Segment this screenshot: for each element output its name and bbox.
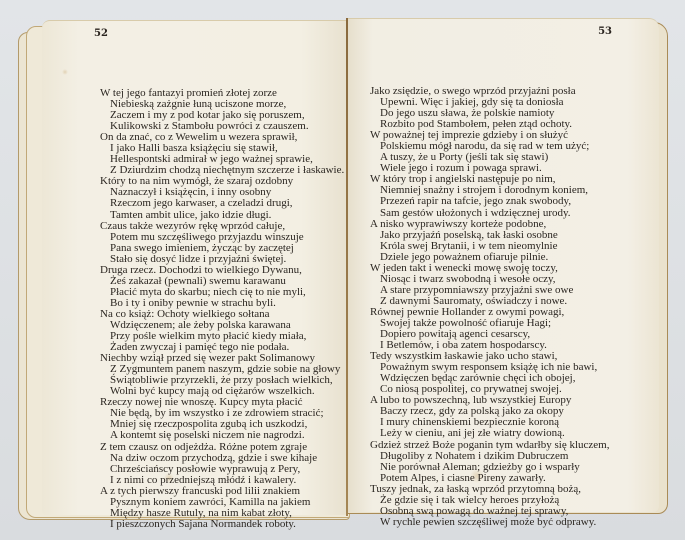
verse-line: Leży w cieniu, ani jej złe wiatry dowion… <box>370 428 609 439</box>
verse-line: Tamten ambit ulice, jako idzie długi. <box>100 210 344 221</box>
paper-stain <box>62 69 68 75</box>
photo-scene: 52 W tej jego fantazyi promień złotej zo… <box>0 0 685 540</box>
verse-line: Jako przyjaźń poselską, tak łaski osobne <box>370 230 609 241</box>
verse-line: A nisko wyprawiwszy korteże podobne, <box>370 219 609 230</box>
verse-line: Rzeczom jego karwaser, a czeladzi drugi, <box>100 198 344 209</box>
verse-line: W rychle pewien szczęśliwej może być odp… <box>370 517 609 528</box>
verse-line: Czaus także wezyrów rękę wprzód całuje, <box>100 221 344 232</box>
right-page: 53 Jako zsiędzie, o swego wprzód przyjaź… <box>348 18 659 512</box>
verse-line: Przezeń rapir na tafcie, jego znak swobo… <box>370 196 609 207</box>
verse-line: Na dziw oczom przychodzą, gdzie i swe ki… <box>100 453 344 464</box>
verse-line: Gdzież strzeż Boże poganin tym wdarłby s… <box>370 440 609 451</box>
verse-line: I pieszczonych Sajana Normandek roboty. <box>100 519 344 530</box>
left-page: 52 W tej jego fantazyi promień złotej zo… <box>42 20 347 515</box>
book-gutter <box>346 18 348 516</box>
verse-line: Z tem czausz on odjeżdża. Różne potem zg… <box>100 442 344 453</box>
verse-line: Potem mu szczęśliwego przyjazdu winszuje <box>100 232 344 243</box>
verse-line: A kontemt się poselski niczem nie nagrod… <box>100 430 344 441</box>
page-number-right: 53 <box>598 26 612 37</box>
verse-line: Nie porównał Aleman; gdzieżby go i wspar… <box>370 462 609 473</box>
page-number-left: 52 <box>94 28 108 39</box>
verse-line: Długoliby z Nohatem i dzikim Dubruczem <box>370 451 609 462</box>
left-page-text: W tej jego fantazyi promień złotej zorze… <box>100 88 344 530</box>
verse-line: Chrześciańscy posłowie wyprawują z Pery, <box>100 464 344 475</box>
verse-line: Sam gestów ułożonych i wdzięcznej urody. <box>370 208 609 219</box>
right-page-text: Jako zsiędzie, o swego wprzód przyjaźni … <box>370 86 609 528</box>
